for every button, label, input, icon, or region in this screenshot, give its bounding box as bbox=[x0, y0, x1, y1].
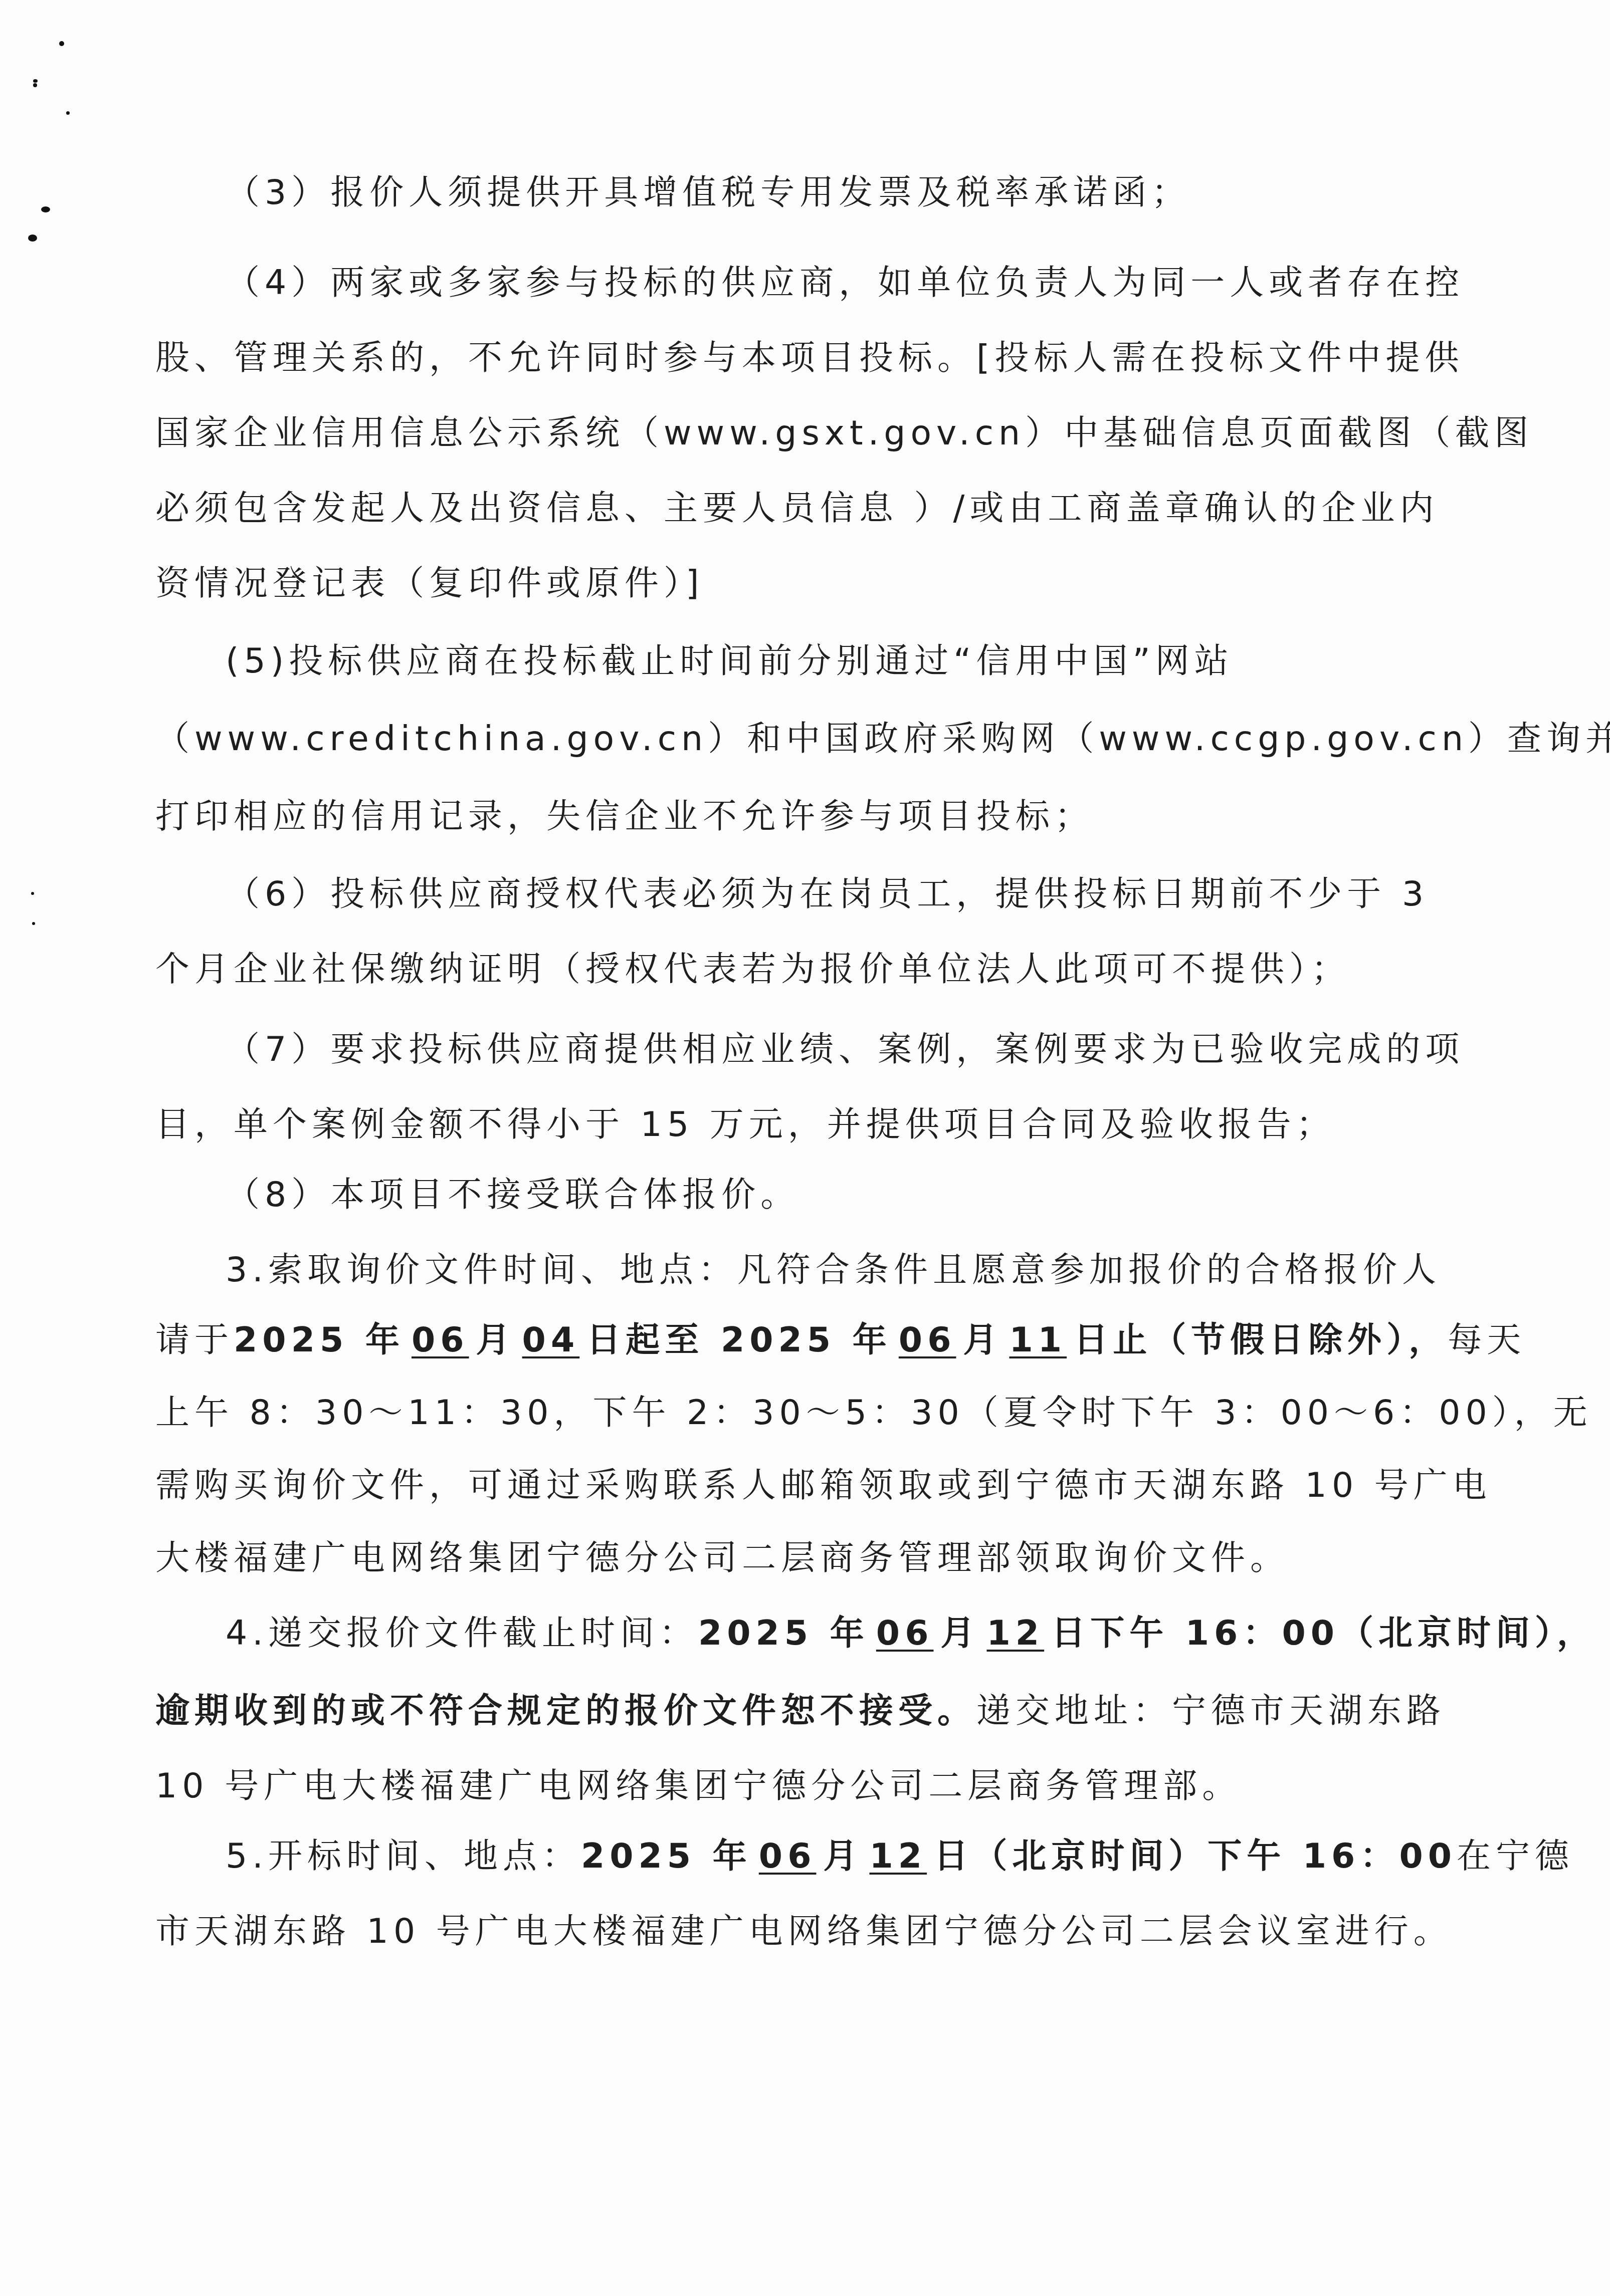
scan-speck bbox=[32, 922, 35, 925]
item-4-line-4: 必须包含发起人及出资信息、主要人员信息 ）/或由工商盖章确认的企业内 bbox=[155, 486, 1439, 531]
scan-speck bbox=[66, 111, 70, 115]
end-month: 06 bbox=[892, 1320, 963, 1360]
start-day: 04 bbox=[515, 1320, 587, 1360]
section-4-line-3: 10 号广电大楼福建广电网络集团宁德分公司二层商务管理部。 bbox=[155, 1764, 1241, 1809]
scan-speck bbox=[33, 79, 38, 83]
deadline-month: 06 bbox=[869, 1614, 941, 1653]
item-7-line-2: 目，单个案例金额不得小于 15 万元，并提供项目合同及验收报告； bbox=[155, 1102, 1335, 1147]
item-5-line-1: (5)投标供应商在投标截止时间前分别通过“信用中国”网站 bbox=[226, 639, 1234, 684]
section-3-line-4: 需购买询价文件，可通过采购联系人邮箱领取或到宁德市天湖东路 10 号广电 bbox=[155, 1463, 1492, 1508]
item-4-line-2: 股、管理关系的，不允许同时参与本项目投标。[投标人需在投标文件中提供 bbox=[155, 336, 1464, 381]
start-month: 06 bbox=[405, 1320, 476, 1360]
scan-speck bbox=[33, 83, 37, 87]
item-6-line-2: 个月企业社保缴纳证明（授权代表若为报价单位法人此项可不提供）； bbox=[155, 947, 1350, 992]
scan-speck bbox=[28, 235, 37, 242]
deadline-day: 12 bbox=[979, 1614, 1051, 1653]
scan-speck bbox=[31, 892, 34, 895]
end-day: 11 bbox=[1002, 1320, 1074, 1360]
item-6-line-1: （6）投标供应商授权代表必须为在岗员工，提供投标日期前不少于 3 bbox=[226, 872, 1429, 917]
item-5-line-2: （www.creditchina.gov.cn）和中国政府采购网（www.ccg… bbox=[155, 717, 1610, 762]
scan-speck bbox=[41, 206, 50, 212]
opening-day: 12 bbox=[862, 1836, 934, 1876]
item-4-line-1: （4）两家或多家参与投标的供应商，如单位负责人为同一人或者存在控 bbox=[226, 261, 1464, 306]
item-3: （3）报价人须提供开具增值税专用发票及税率承诺函； bbox=[226, 170, 1190, 215]
section-5-line-1: 5.开标时间、地点：2025 年06月12日（北京时间）下午 16：00在宁德 bbox=[226, 1834, 1574, 1879]
section-4-line-2: 逾期收到的或不符合规定的报价文件恕不接受。递交地址：宁德市天湖东路 bbox=[155, 1689, 1446, 1734]
section-4-line-1: 4.递交报价文件截止时间：2025 年06月12日下午 16：00（北京时间）， bbox=[226, 1611, 1596, 1656]
item-4-line-3: 国家企业信用信息公示系统（www.gsxt.gov.cn）中基础信息页面截图（截… bbox=[155, 411, 1533, 456]
section-3-line-5: 大楼福建广电网络集团宁德分公司二层商务管理部领取询价文件。 bbox=[155, 1536, 1289, 1581]
item-4-line-5: 资情况登记表（复印件或原件）] bbox=[155, 561, 704, 606]
section-5-line-2: 市天湖东路 10 号广电大楼福建广电网络集团宁德分公司二层会议室进行。 bbox=[155, 1909, 1453, 1954]
opening-month: 06 bbox=[752, 1836, 824, 1876]
item-7-line-1: （7）要求投标供应商提供相应业绩、案例，案例要求为已验收完成的项 bbox=[226, 1027, 1464, 1072]
section-3-line-2: 请于2025 年06月04日起至 2025 年06月11日止（节假日除外），每天 bbox=[155, 1318, 1526, 1363]
scan-speck bbox=[59, 41, 64, 46]
section-3-line-3: 上午 8：30～11：30，下午 2：30～5：30（夏令时下午 3：00～6：… bbox=[155, 1391, 1592, 1436]
section-3-line-1: 3.索取询价文件时间、地点：凡符合条件且愿意参加报价的合格报价人 bbox=[226, 1248, 1441, 1293]
item-5-line-3: 打印相应的信用记录，失信企业不允许参与项目投标； bbox=[155, 794, 1094, 839]
item-8: （8）本项目不接受联合体报价。 bbox=[226, 1173, 799, 1218]
